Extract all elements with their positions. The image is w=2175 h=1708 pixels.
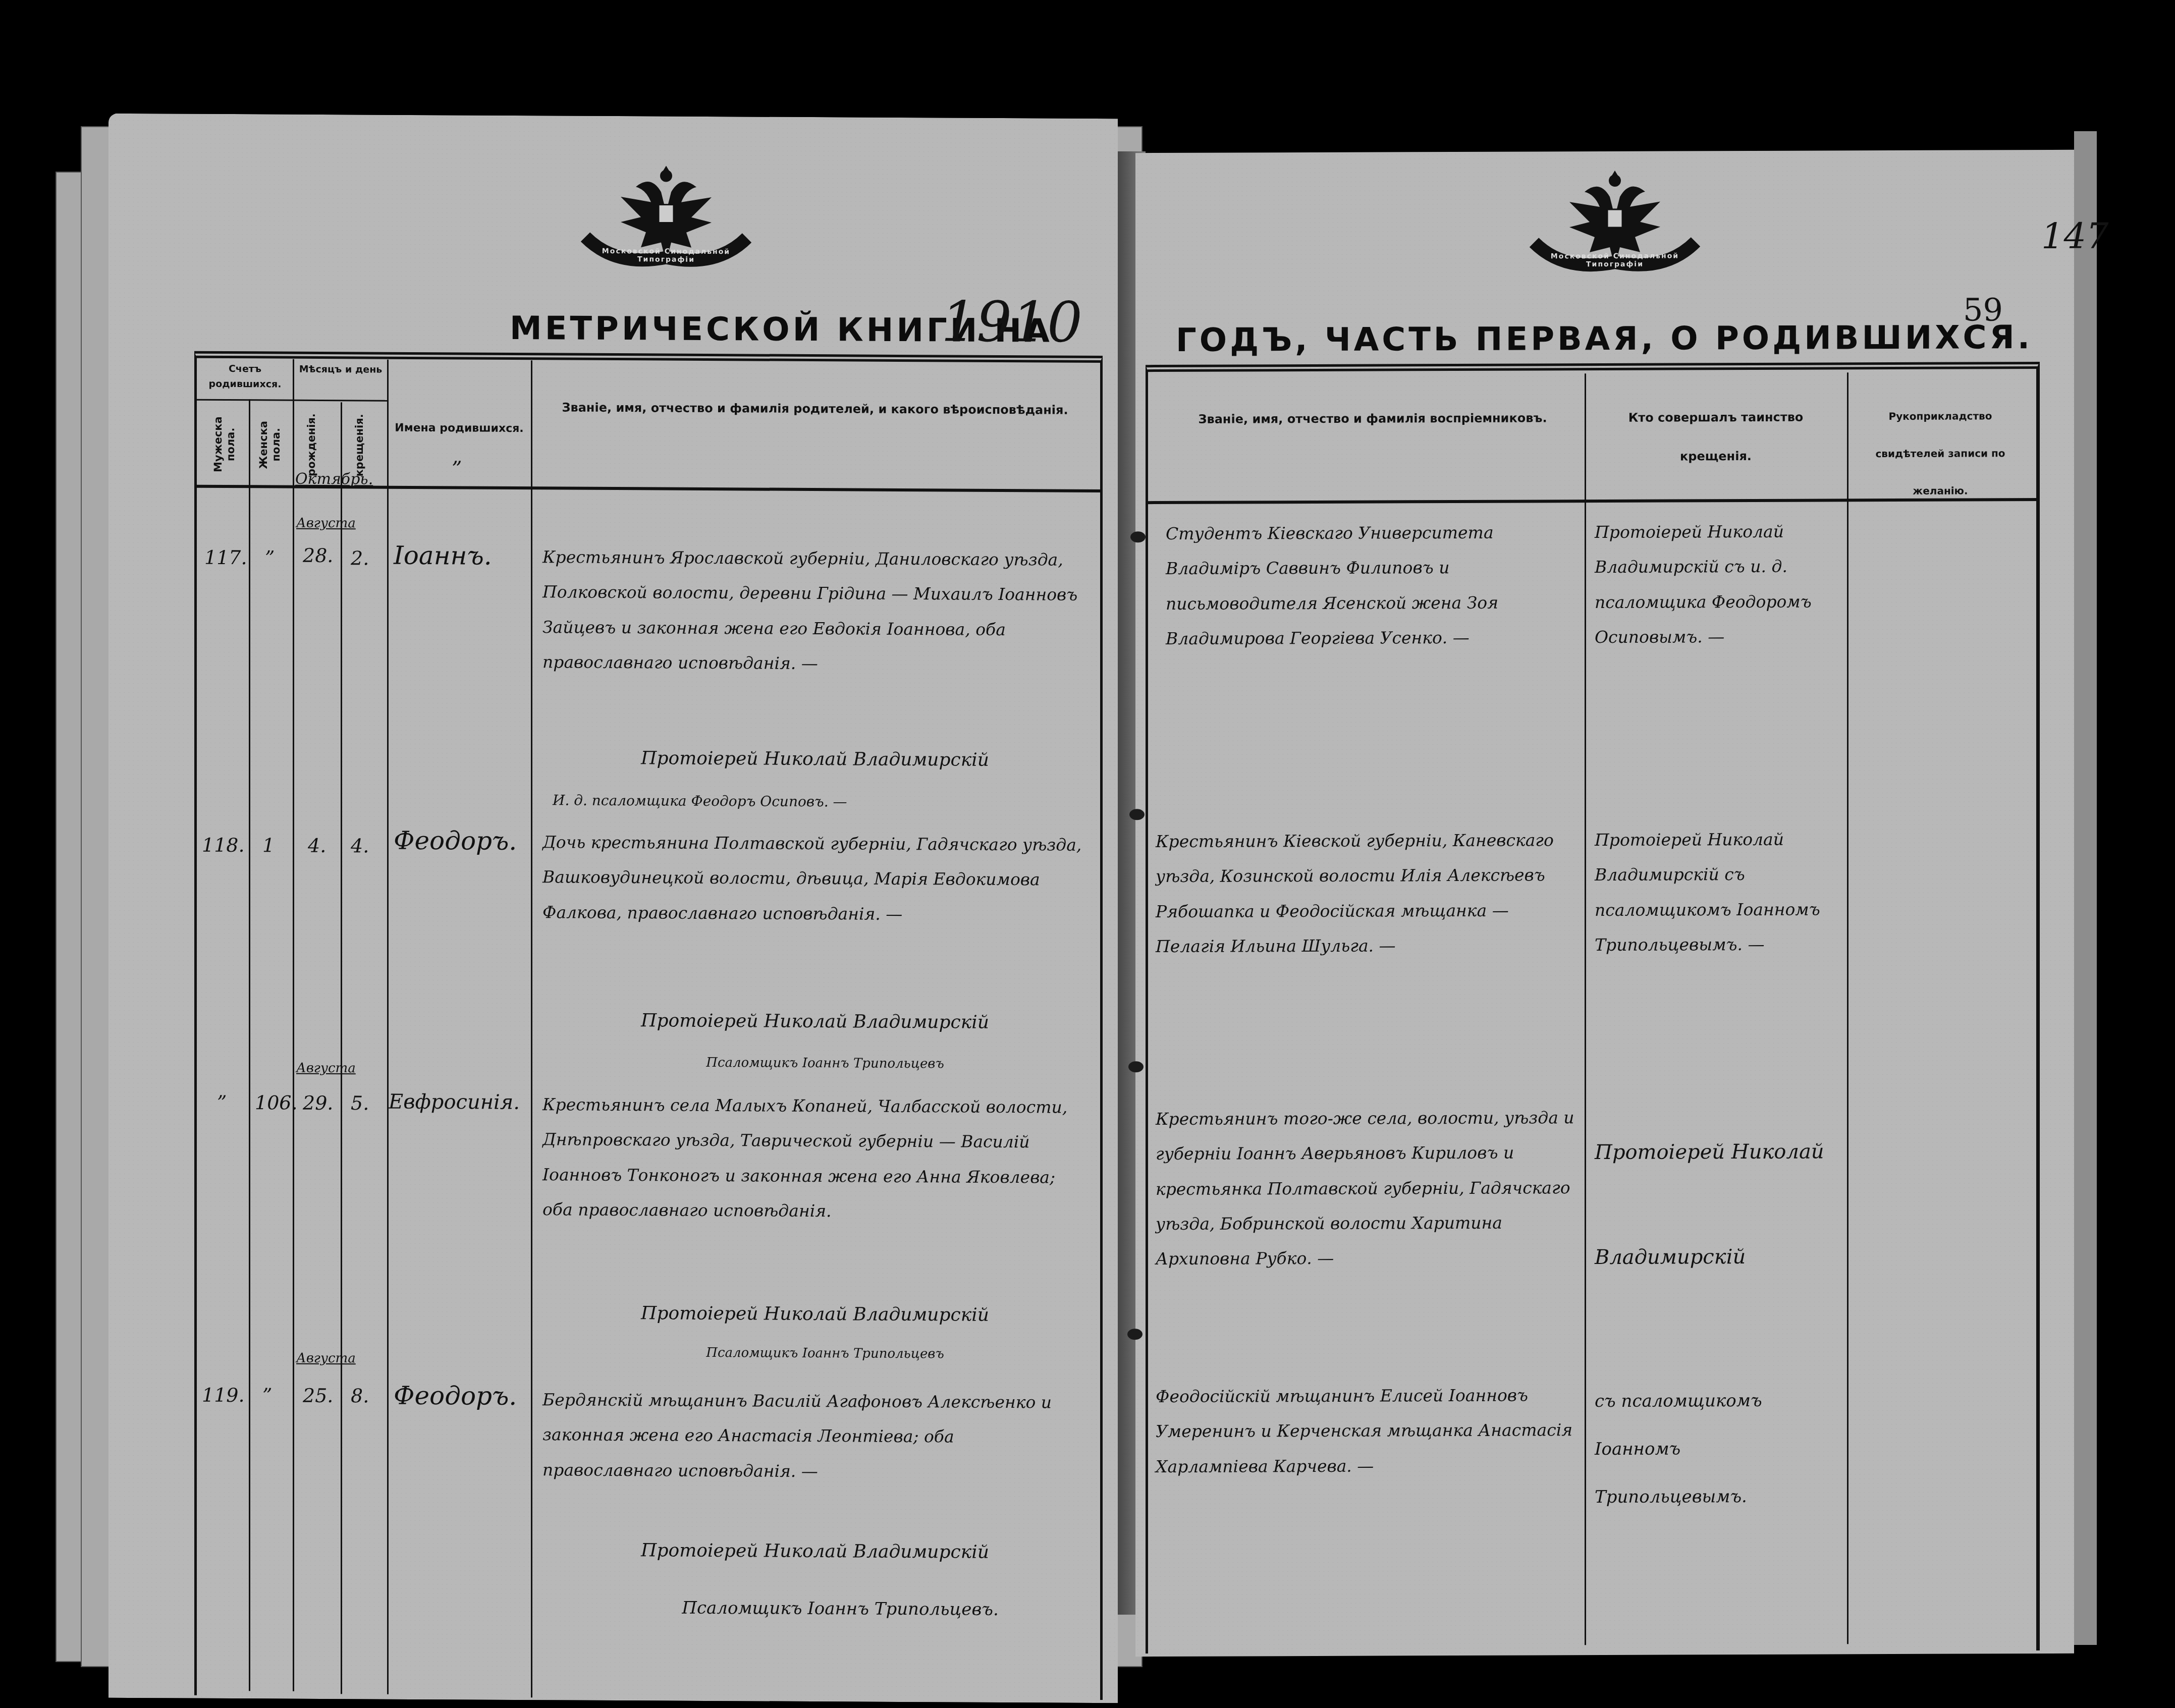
officiant-info: Протоіерей Николай Владимирскій съ и. д.… [1595,514,1837,654]
child-name: Феодоръ. [394,1376,517,1416]
header-godparents: Званіе, имя, отчество и фамилія воспріем… [1181,399,1564,438]
col-divider [293,359,294,1691]
priest-signature: Протоіерей Николай Владимирскій [563,1006,1067,1037]
header-month-day: Мѣсяцъ и день [295,362,386,377]
left-page: Московской Синодальной Типографіи МЕТРИЧ… [108,114,1118,1703]
coat-of-arms-left: Московской Синодальной Типографіи [575,161,757,273]
binding-hole [1130,531,1146,542]
col-divider [1585,373,1586,1645]
male-number: 119. [202,1381,245,1410]
birth-month: Августа [296,1348,356,1369]
table-row: 118. 1 4. 4. Феодоръ. Дочь крестьянина П… [108,114,1118,119]
page-number: 59 [1963,291,2003,328]
birth-day: 29. [303,1088,333,1118]
female-number: 106. [255,1088,298,1118]
binding-hole [1128,1061,1144,1072]
clerk-signature-bottom: Псаломщикъ Іоаннъ Трипольцевъ. [613,1594,1067,1623]
priest-signature: Протоіерей Николай Владимирскій [563,744,1067,775]
birth-day: 4. [308,831,326,861]
table-row: 117. ” Августа 28. 2. Іоаннъ. Крестьянин… [108,114,1118,119]
officiant-info: Протоіерей Николай Владимирскій съ псало… [1595,821,1837,962]
child-name: Евфросинія. [389,1086,520,1118]
right-page: Московской Синодальной Типографіи ГОДЪ, … [1135,150,2074,1657]
printer-banner: Московской Синодальной Типографіи [1524,252,1706,268]
header-names: Имена родившихся. [389,418,530,439]
priest-signature: Протоіерей Николай Владимирскій [563,1299,1067,1330]
child-name: Іоаннъ. [394,536,492,576]
female-number: ” [262,1381,272,1410]
header-male: Мужеска пола. [212,407,237,482]
table-row: 119. ” Августа 25. 8. Феодоръ. Бердянскі… [108,114,1118,119]
table-row: Псаломщикъ Іоаннъ Трипольцевъ ” 106. Авг… [108,114,1118,119]
right-page-edge [2074,131,2097,1645]
officiant-info: Протоіерей Николай Владимирскій [1595,1099,1837,1310]
register-title-right: ГОДЪ, ЧАСТЬ ПЕРВАЯ, О РОДИВШИХСЯ. [1176,319,2033,359]
child-name: Феодоръ. [394,821,517,861]
female-number: 1 [262,831,275,860]
col-divider [249,399,250,1691]
table-row: Крестьянинъ Кіевской губерніи, Каневскаг… [1135,150,2074,153]
col-divider [341,402,342,1694]
godparents-info: Студентъ Кіевскаго Университета Владимір… [1166,515,1574,656]
birth-month: Августа [296,513,356,534]
header-officiant: Кто совершалъ таинство крещенія. [1600,398,1832,476]
birth-day: 25. [303,1381,333,1411]
header-count-born: Счетъ родившихся. [198,361,292,393]
clerk-signature: Псаломщикъ Іоаннъ Трипольцевъ [573,1342,1077,1365]
baptism-day: 2. [351,543,369,573]
table-row: Студентъ Кіевскаго Университета Владимір… [1135,150,2074,153]
parents-info: Дочь крестьянина Полтавской губерніи, Га… [542,824,1082,932]
male-number: 118. [202,831,245,860]
parents-info: Крестьянинъ села Малыхъ Копаней, Чалбасс… [542,1087,1082,1230]
baptism-day: 8. [351,1381,369,1411]
birth-day: 28. [303,541,333,571]
header-witnesses: Рукоприкладство свидѣтелей записи по жел… [1855,397,2026,510]
col-divider [531,360,532,1697]
birth-month: Августа [296,1058,356,1079]
header-parents: Званіе, имя, отчество и фамилія родителе… [542,388,1087,429]
month-header: Октябрь. [295,468,373,491]
priest-signature: Протоіерей Николай Владимирскій [563,1536,1067,1567]
officiant-info: съ псаломщикомъ Іоанномъ Трипольцевымъ. [1595,1376,1837,1521]
table-row: Крестьянинъ того-же села, волости, уѣзда… [1135,150,2074,153]
godparents-info: Крестьянинъ того-же села, волости, уѣзда… [1156,1100,1574,1276]
col-divider [1847,372,1848,1644]
clerk-signature: Псаломщикъ Іоаннъ Трипольцевъ [573,1052,1077,1075]
binding-hole [1127,1329,1143,1340]
archive-folio-number: 147 [2041,215,2109,257]
register-year: 1910 [941,289,1082,354]
male-number: 117. [204,543,247,573]
parents-info: Бердянскій мѣщанинъ Василій Агафоновъ Ал… [542,1382,1082,1490]
binding-hole [1129,809,1145,820]
col-divider [387,360,389,1694]
header-female: Женска пола. [257,407,283,482]
ditto-mark: ” [452,453,462,484]
baptism-day: 4. [351,831,369,861]
male-number: ” [217,1088,227,1118]
godparents-info: Феодосійскій мѣщанинъ Елисей Іоанновъ Ум… [1156,1378,1574,1484]
godparents-info: Крестьянинъ Кіевской губерніи, Каневскаг… [1156,822,1574,964]
table-row: Феодосійскій мѣщанинъ Елисей Іоанновъ Ум… [1135,150,2074,153]
clerk-signature: И. д. псаломщика Феодоръ Осиповъ. — [553,789,1082,814]
baptism-day: 5. [351,1088,369,1118]
coat-of-arms-right: Московской Синодальной Типографіи [1524,166,1706,278]
printer-banner: Московской Синодальной Типографіи [575,247,757,264]
female-number: ” [265,543,275,573]
parents-info: Крестьянинъ Ярославской губерніи, Данило… [542,539,1082,682]
